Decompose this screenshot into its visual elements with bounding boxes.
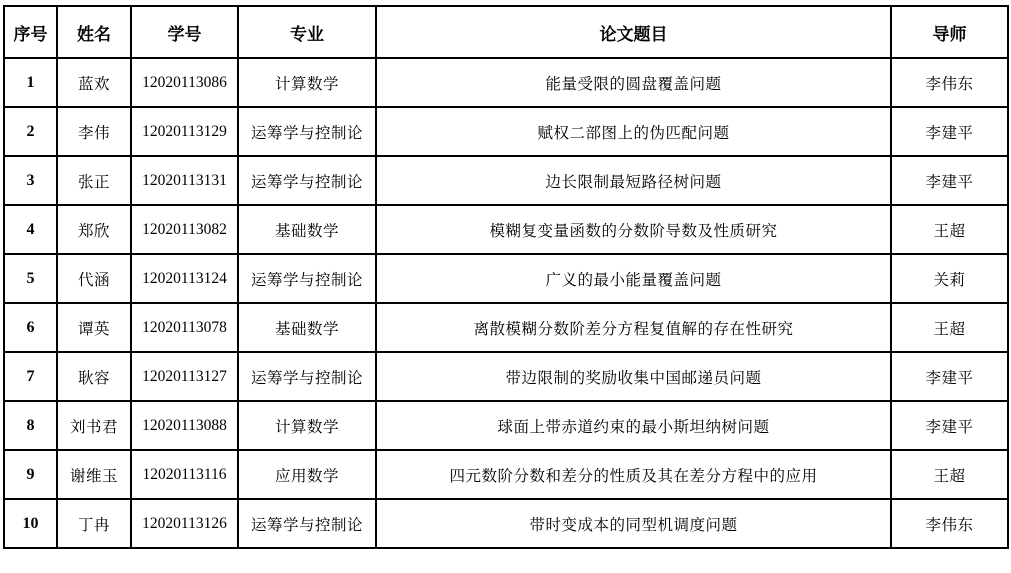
- name-cell: 李伟: [57, 107, 131, 156]
- student-id-cell: 12020113127: [131, 352, 238, 401]
- thesis-title-cell: 带边限制的奖励收集中国邮递员问题: [376, 352, 891, 401]
- header-advisor: 导师: [891, 6, 1008, 58]
- table-row: 2李伟12020113129运筹学与控制论赋权二部图上的伪匹配问题李建平: [4, 107, 1008, 156]
- row-number-cell: 4: [4, 205, 57, 254]
- major-cell: 基础数学: [238, 303, 376, 352]
- advisor-cell: 王超: [891, 303, 1008, 352]
- row-number-cell: 3: [4, 156, 57, 205]
- name-cell: 郑欣: [57, 205, 131, 254]
- table-header-row: 序号 姓名 学号 专业 论文题目 导师: [4, 6, 1008, 58]
- name-cell: 丁冉: [57, 499, 131, 548]
- table-row: 5代涵12020113124运筹学与控制论广义的最小能量覆盖问题关莉: [4, 254, 1008, 303]
- thesis-title-cell: 四元数阶分数和差分的性质及其在差分方程中的应用: [376, 450, 891, 499]
- student-id-cell: 12020113088: [131, 401, 238, 450]
- thesis-title-cell: 离散模糊分数阶差分方程复值解的存在性研究: [376, 303, 891, 352]
- name-cell: 谢维玉: [57, 450, 131, 499]
- table-row: 8刘书君12020113088计算数学球面上带赤道约束的最小斯坦纳树问题李建平: [4, 401, 1008, 450]
- name-cell: 张正: [57, 156, 131, 205]
- major-cell: 应用数学: [238, 450, 376, 499]
- row-number-cell: 10: [4, 499, 57, 548]
- name-cell: 谭英: [57, 303, 131, 352]
- thesis-title-cell: 边长限制最短路径树问题: [376, 156, 891, 205]
- row-number-cell: 9: [4, 450, 57, 499]
- student-id-cell: 12020113082: [131, 205, 238, 254]
- thesis-title-cell: 赋权二部图上的伪匹配问题: [376, 107, 891, 156]
- table-row: 1蓝欢12020113086计算数学能量受限的圆盘覆盖问题李伟东: [4, 58, 1008, 107]
- student-id-cell: 12020113078: [131, 303, 238, 352]
- student-id-cell: 12020113129: [131, 107, 238, 156]
- major-cell: 基础数学: [238, 205, 376, 254]
- row-number-cell: 7: [4, 352, 57, 401]
- header-thesis-title: 论文题目: [376, 6, 891, 58]
- header-number: 序号: [4, 6, 57, 58]
- student-id-cell: 12020113086: [131, 58, 238, 107]
- header-major: 专业: [238, 6, 376, 58]
- row-number-cell: 5: [4, 254, 57, 303]
- student-id-cell: 12020113124: [131, 254, 238, 303]
- student-id-cell: 12020113131: [131, 156, 238, 205]
- advisor-cell: 王超: [891, 205, 1008, 254]
- major-cell: 计算数学: [238, 58, 376, 107]
- header-student-id: 学号: [131, 6, 238, 58]
- advisor-cell: 李伟东: [891, 58, 1008, 107]
- thesis-title-cell: 模糊复变量函数的分数阶导数及性质研究: [376, 205, 891, 254]
- thesis-title-cell: 球面上带赤道约束的最小斯坦纳树问题: [376, 401, 891, 450]
- table-row: 9谢维玉12020113116应用数学四元数阶分数和差分的性质及其在差分方程中的…: [4, 450, 1008, 499]
- advisor-cell: 李伟东: [891, 499, 1008, 548]
- table-row: 6谭英12020113078基础数学离散模糊分数阶差分方程复值解的存在性研究王超: [4, 303, 1008, 352]
- major-cell: 运筹学与控制论: [238, 254, 376, 303]
- major-cell: 计算数学: [238, 401, 376, 450]
- major-cell: 运筹学与控制论: [238, 499, 376, 548]
- row-number-cell: 6: [4, 303, 57, 352]
- name-cell: 蓝欢: [57, 58, 131, 107]
- thesis-title-cell: 广义的最小能量覆盖问题: [376, 254, 891, 303]
- table-row: 4郑欣12020113082基础数学模糊复变量函数的分数阶导数及性质研究王超: [4, 205, 1008, 254]
- advisor-cell: 李建平: [891, 107, 1008, 156]
- advisor-cell: 王超: [891, 450, 1008, 499]
- advisor-cell: 李建平: [891, 352, 1008, 401]
- student-id-cell: 12020113126: [131, 499, 238, 548]
- name-cell: 刘书君: [57, 401, 131, 450]
- table-row: 7耿容12020113127运筹学与控制论带边限制的奖励收集中国邮递员问题李建平: [4, 352, 1008, 401]
- major-cell: 运筹学与控制论: [238, 156, 376, 205]
- thesis-title-cell: 能量受限的圆盘覆盖问题: [376, 58, 891, 107]
- row-number-cell: 2: [4, 107, 57, 156]
- advisor-cell: 关莉: [891, 254, 1008, 303]
- thesis-title-cell: 带时变成本的同型机调度问题: [376, 499, 891, 548]
- name-cell: 耿容: [57, 352, 131, 401]
- table-row: 10丁冉12020113126运筹学与控制论带时变成本的同型机调度问题李伟东: [4, 499, 1008, 548]
- table-row: 3张正12020113131运筹学与控制论边长限制最短路径树问题李建平: [4, 156, 1008, 205]
- row-number-cell: 1: [4, 58, 57, 107]
- name-cell: 代涵: [57, 254, 131, 303]
- student-id-cell: 12020113116: [131, 450, 238, 499]
- row-number-cell: 8: [4, 401, 57, 450]
- header-name: 姓名: [57, 6, 131, 58]
- advisor-cell: 李建平: [891, 401, 1008, 450]
- major-cell: 运筹学与控制论: [238, 107, 376, 156]
- advisor-cell: 李建平: [891, 156, 1008, 205]
- document-page: 序号 姓名 学号 专业 论文题目 导师 1蓝欢12020113086计算数学能量…: [0, 0, 1011, 573]
- thesis-assignment-table: 序号 姓名 学号 专业 论文题目 导师 1蓝欢12020113086计算数学能量…: [3, 5, 1009, 549]
- major-cell: 运筹学与控制论: [238, 352, 376, 401]
